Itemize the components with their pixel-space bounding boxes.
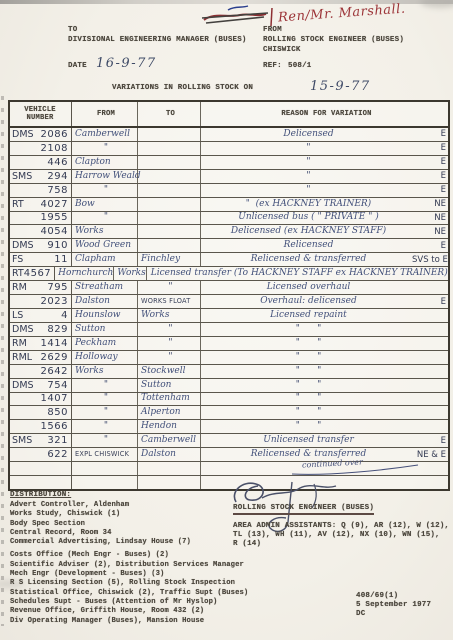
table-row: DMS 910 Wood Green Relicensed E [10,239,448,253]
to-cell: Works [138,309,201,322]
table-row: RT 4027 Bow " (ex HACKNEY TRAINER) NE [10,198,448,212]
area-code: E [412,143,448,153]
from-value: Works [75,367,103,376]
vehicle-cell: FS 11 [10,253,72,266]
vehicle-cell: RML 2629 [10,351,72,364]
to-cell: " [138,323,201,336]
to-value: Tottenham [141,394,190,403]
vehicle-number: 829 [47,324,68,335]
from-value: Clapham [75,255,116,264]
table-row: DMS 754 " Sutton " " [10,379,448,393]
vehicle-cell: 1955 [10,212,72,225]
to-cell [138,212,201,225]
reason-cell: " E [201,142,448,155]
footer-ref: 408/69(1) [356,592,398,600]
reason-cell: " " [201,420,448,433]
from-cell: Hounslow [72,309,138,322]
to-cell [138,184,201,197]
area-code: NE [412,199,448,209]
from-cell: Camberwell [72,128,138,141]
reason-cell: Licensed repaint [201,309,448,322]
vehicle-cell: 1566 [10,420,72,433]
vehicle-cell: DMS 2086 [10,128,72,141]
title-date-handwritten: 15-9-77 [310,79,371,94]
from-cell: " [72,406,138,419]
from-cell: Hornchurch [55,267,114,280]
from-cell: Works [72,365,138,378]
rolling-stock-engineer-title: ROLLING STOCK ENGINEER (BUSES) [233,504,374,515]
table-row: RML 2629 Holloway " " " [10,351,448,365]
from-cell: Dalston [72,295,138,308]
reason-value: " [205,144,412,153]
to-cell: Dalston [138,448,201,461]
reason-cell: Relicensed E [201,239,448,252]
from-value: " [75,408,137,417]
vehicle-cell: 622 [10,448,72,461]
vehicle-number: 11 [54,254,68,265]
to-cell [138,476,201,489]
from-cell: Streatham [72,281,138,294]
distribution-item: Statistical Office, Chiswick (2), Traffi… [10,589,310,598]
from-value: Dalston [75,297,110,306]
from-cell: Works [72,225,138,238]
vehicle-number: 4054 [41,226,68,237]
to-cell [138,225,201,238]
reason-cell: Licensed transfer (To HACKNEY STAFF ex H… [147,267,453,280]
col-header-to: TO [138,102,201,126]
to-value: Camberwell [141,436,196,445]
table-row: LS 4 Hounslow Works Licensed repaint [10,309,448,323]
from-value: " [75,144,137,153]
to-cell [138,239,201,252]
to-cell: Sutton [138,379,201,392]
vehicle-prefix: RML [12,352,32,363]
from-cell: Sutton [72,323,138,336]
reason-cell: " " [201,365,448,378]
area-code: E [412,129,448,139]
reason-value: Delicensed (ex HACKNEY STAFF) [205,227,412,236]
vehicle-cell: RM 1414 [10,337,72,350]
to-value: " [141,325,200,334]
to-value: " [141,353,200,362]
from-value: Holloway [75,353,118,362]
vehicle-number: 321 [47,435,68,446]
vehicle-prefix: DMS [12,324,34,335]
reason-cell: Licensed overhaul [201,281,448,294]
from-value: Hounslow [75,311,120,320]
from-value: ROLLING STOCK ENGINEER (BUSES) [263,36,404,44]
table-row: 1407 " Tottenham " " [10,393,448,407]
from-value: Hornchurch [58,269,113,278]
table-body: DMS 2086 Camberwell Delicensed E 2108 " [10,128,448,489]
margin-perforation [1,96,4,626]
from-value: " [75,213,137,222]
from-value: Works [75,227,103,236]
col-header-from: FROM [72,102,138,126]
area-code: E [412,157,448,167]
table-row: 2108 " " E [10,142,448,156]
vehicle-cell: SMS 321 [10,434,72,447]
col-header-vehicle-number: VEHICLE NUMBER [10,102,72,126]
from-cell: " [72,212,138,225]
distribution-item: Commercial Advertising, Lindsay House (7… [10,538,310,547]
from-cell: " [72,434,138,447]
vehicle-cell: 2642 [10,365,72,378]
from-value: Streatham [75,283,123,292]
reason-cell: " " [201,406,448,419]
to-value: Dalston [141,450,176,459]
vehicle-number: 910 [47,240,68,251]
to-value: Alperton [141,408,181,417]
area-code: E [412,436,448,446]
distribution-item: R S Licensing Section (5), Rolling Stock… [10,579,310,588]
vehicle-cell: DMS 829 [10,323,72,336]
reason-value: Relicensed & transferred [205,450,412,459]
vehicle-number: 2108 [41,143,68,154]
from-location: CHISWICK [263,46,301,54]
table-row: 2642 Works Stockwell " " [10,365,448,379]
area-admin-line2: TL (13), WH (11), AV (12), NX (10), WN (… [233,531,440,539]
to-cell: WORKS FLOAT [138,295,201,308]
vehicle-number: 446 [47,157,68,168]
from-value: EXPL CHISWICK [75,451,129,458]
distribution-item: Mech Engr (Development - Buses) (3) [10,570,310,579]
to-value: WORKS FLOAT [141,298,190,305]
vehicle-cell: 850 [10,406,72,419]
from-cell: " [72,184,138,197]
scanned-document: Ren/Mr. Marshall. TO DIVISIONAL ENGINEER… [0,0,453,640]
to-value: " [141,283,200,292]
reason-value: Unlicensed bus ( " PRIVATE " ) [205,213,412,222]
vehicle-prefix: RM [12,282,27,293]
vehicle-prefix: RT [12,199,24,210]
vehicle-number: 1955 [41,212,68,223]
to-value: Works [141,311,169,320]
vehicle-number: 4027 [41,199,68,210]
vehicle-number: 758 [47,185,68,196]
vehicle-prefix: DMS [12,129,34,140]
table-row: DMS 2086 Camberwell Delicensed E [10,128,448,142]
vehicle-cell: 4054 [10,225,72,238]
reason-value: Unlicensed transfer [205,436,412,445]
reason-value: " " [205,339,412,348]
to-label: TO [68,26,77,34]
reason-cell: " " [201,337,448,350]
variations-table: VEHICLE NUMBER FROM TO REASON FOR VARIAT… [8,100,450,491]
from-value: Bow [75,200,95,209]
reason-value: Relicensed [205,241,412,250]
vehicle-cell [10,462,72,475]
table-row: RM 1414 Peckham " " " [10,337,448,351]
from-cell [72,476,138,489]
vehicle-cell: RT 4027 [10,198,72,211]
reason-cell: " E [201,170,448,183]
to-cell: Tottenham [138,393,201,406]
vehicle-cell: RM 795 [10,281,72,294]
reason-value: " " [205,353,412,362]
to-value: Stockwell [141,367,185,376]
to-value: " [141,339,200,348]
table-row: DMS 829 Sutton " " " [10,323,448,337]
vehicle-number: 622 [47,449,68,460]
to-value: Finchley [141,255,180,264]
vehicle-number: 4 [61,310,68,321]
reason-value: Overhaul: delicensed [205,297,412,306]
from-value: Wood Green [75,241,131,250]
to-cell: Works [114,267,146,280]
vehicle-number: 294 [47,171,68,182]
red-pen-note: Ren/Mr. Marshall. [278,2,406,26]
from-cell: " [72,379,138,392]
distribution-item: Schedules Supt - Buses (Attention of Mr … [10,598,310,607]
reason-cell: " (ex HACKNEY TRAINER) NE [201,198,448,211]
vehicle-number: 2629 [41,352,68,363]
reason-cell: " E [201,184,448,197]
vehicle-number: 1407 [41,393,68,404]
to-value: Sutton [141,381,171,390]
reason-value: Relicensed & transferred [205,255,412,264]
vehicle-cell: LS 4 [10,309,72,322]
reason-cell: Overhaul: delicensed E [201,295,448,308]
reason-value: Licensed transfer (To HACKNEY STAFF ex H… [151,269,448,278]
to-cell: Finchley [138,253,201,266]
from-cell: Clapton [72,156,138,169]
to-cell [138,156,201,169]
reason-cell: " E [201,156,448,169]
reason-value: Delicensed [205,130,412,139]
table-row: 758 " " E [10,184,448,198]
vehicle-number: 2086 [41,129,68,140]
to-cell: Stockwell [138,365,201,378]
reason-value: " [205,158,412,167]
vehicle-cell [10,476,72,489]
area-code: NE [412,227,448,237]
reason-value: Licensed repaint [205,311,412,320]
distribution-item: Revenue Office, Griffith House, Room 432… [10,607,310,616]
from-cell [72,462,138,475]
vehicle-cell: 1407 [10,393,72,406]
reason-cell: Unlicensed transfer E [201,434,448,447]
to-cell: Camberwell [138,434,201,447]
from-value: Clapton [75,158,111,167]
from-label: FROM [263,26,282,34]
footer-initials: DC [356,610,365,618]
document-title: VARIATIONS IN ROLLING STOCK ON [112,84,253,92]
vehicle-cell: 2108 [10,142,72,155]
to-value: Works [117,269,145,278]
vehicle-number: 754 [47,380,68,391]
from-cell: EXPL CHISWICK [72,448,138,461]
to-cell: " [138,281,201,294]
to-cell [138,128,201,141]
area-code: E [412,297,448,307]
vehicle-cell: 2023 [10,295,72,308]
table-header-row: VEHICLE NUMBER FROM TO REASON FOR VARIAT… [10,102,448,128]
from-cell: Clapham [72,253,138,266]
reason-value: " [205,186,412,195]
reason-value: " " [205,325,412,334]
area-code: NE [448,269,453,279]
reason-value: " " [205,394,412,403]
table-row: RT 4567 Hornchurch Works Licensed transf… [10,267,448,281]
table-row: 1566 " Hendon " " [10,420,448,434]
to-cell: " [138,351,201,364]
reason-value: " [205,172,412,181]
reason-cell: " " [201,393,448,406]
scan-smudge [420,0,453,8]
vehicle-number: 2023 [41,296,68,307]
vehicle-number: 1414 [41,338,68,349]
vehicle-cell: SMS 294 [10,170,72,183]
table-row: 446 Clapton " E [10,156,448,170]
from-cell: Peckham [72,337,138,350]
vehicle-prefix: RM [12,338,27,349]
table-row: 4054 Works Delicensed (ex HACKNEY STAFF)… [10,225,448,239]
date-handwritten: 16-9-77 [96,56,157,71]
from-cell: Bow [72,198,138,211]
from-value: Sutton [75,325,105,334]
from-value: Peckham [75,339,116,348]
vehicle-cell: DMS 754 [10,379,72,392]
reason-value: " (ex HACKNEY TRAINER) [205,200,412,209]
vehicle-prefix: SMS [12,171,32,182]
reason-cell: Delicensed E [201,128,448,141]
distribution-item: Scientific Adviser (2), Distribution Ser… [10,561,310,570]
vehicle-cell: 446 [10,156,72,169]
reason-value: " " [205,422,412,431]
reason-value: " " [205,367,412,376]
date-label: DATE [68,62,87,70]
from-value: " [75,186,137,195]
to-value: DIVISIONAL ENGINEERING MANAGER (BUSES) [68,36,247,44]
area-code: NE & E [412,450,448,460]
col-header-reason: REASON FOR VARIATION [201,102,448,126]
vehicle-prefix: RT [12,268,24,279]
reason-cell: " " [201,379,448,392]
reason-value: Licensed overhaul [205,283,412,292]
distribution-item: Costs Office (Mech Engr - Buses) (2) [10,551,310,560]
table-row: FS 11 Clapham Finchley Relicensed & tran… [10,253,448,267]
vehicle-cell: RT 4567 [10,267,55,280]
vehicle-prefix: DMS [12,380,34,391]
area-code: E [412,241,448,251]
to-cell: Hendon [138,420,201,433]
from-cell: Wood Green [72,239,138,252]
reason-value: " " [205,381,412,390]
to-cell [138,462,201,475]
from-value: Camberwell [75,130,130,139]
distribution-item: Div Operating Manager (Buses), Mansion H… [10,617,310,626]
vehicle-prefix: SMS [12,435,32,446]
from-cell: " [72,142,138,155]
to-cell [138,142,201,155]
table-row: RM 795 Streatham " Licensed overhaul [10,281,448,295]
vehicle-number: 4567 [24,268,51,279]
reason-value: " " [205,408,412,417]
from-cell: Holloway [72,351,138,364]
from-value: " [75,422,137,431]
table-row: SMS 294 Harrow Weald " E [10,170,448,184]
vehicle-cell: DMS 910 [10,239,72,252]
reason-cell: Delicensed (ex HACKNEY STAFF) NE [201,225,448,238]
vehicle-cell: 758 [10,184,72,197]
area-code: NE [412,213,448,223]
area-code: E [412,185,448,195]
from-value: " [75,394,137,403]
area-admin-line1: AREA ADMIN ASSISTANTS: Q (9), AR (12), W… [233,522,449,530]
to-cell: Alperton [138,406,201,419]
from-cell: " [72,420,138,433]
table-row: 2023 Dalston WORKS FLOAT Overhaul: delic… [10,295,448,309]
from-value: " [75,381,137,390]
to-value: Hendon [141,422,177,431]
ref-value: 508/1 [288,62,312,70]
reason-cell: " " [201,323,448,336]
area-admin-line3: R (14) [233,540,261,548]
reason-cell: Relicensed & transferred SVS to E [201,253,448,266]
vehicle-number: 850 [47,407,68,418]
to-cell: " [138,337,201,350]
vehicle-prefix: DMS [12,240,34,251]
table-row: SMS 321 " Camberwell Unlicensed transfer… [10,434,448,448]
ref-label: REF: [263,62,282,70]
table-row: 850 " Alperton " " [10,406,448,420]
to-cell [138,170,201,183]
reason-cell: Unlicensed bus ( " PRIVATE " ) NE [201,212,448,225]
from-value: " [75,436,137,445]
distribution-title: DISTRIBUTION: [10,491,71,499]
vehicle-prefix: FS [12,254,23,265]
vehicle-prefix: LS [12,310,23,321]
footer-date: 5 September 1977 [356,601,431,609]
vehicle-number: 2642 [41,366,68,377]
table-row: 622 EXPL CHISWICK Dalston Relicensed & t… [10,448,448,462]
to-cell [138,198,201,211]
table-row: 1955 " Unlicensed bus ( " PRIVATE " ) NE [10,212,448,226]
area-code: SVS to E [412,255,448,265]
vehicle-number: 1566 [41,421,68,432]
vehicle-number: 795 [47,282,68,293]
from-cell: Harrow Weald [72,170,138,183]
area-code: E [412,171,448,181]
reason-cell: " " [201,351,448,364]
from-cell: " [72,393,138,406]
from-value: Harrow Weald [75,172,141,181]
